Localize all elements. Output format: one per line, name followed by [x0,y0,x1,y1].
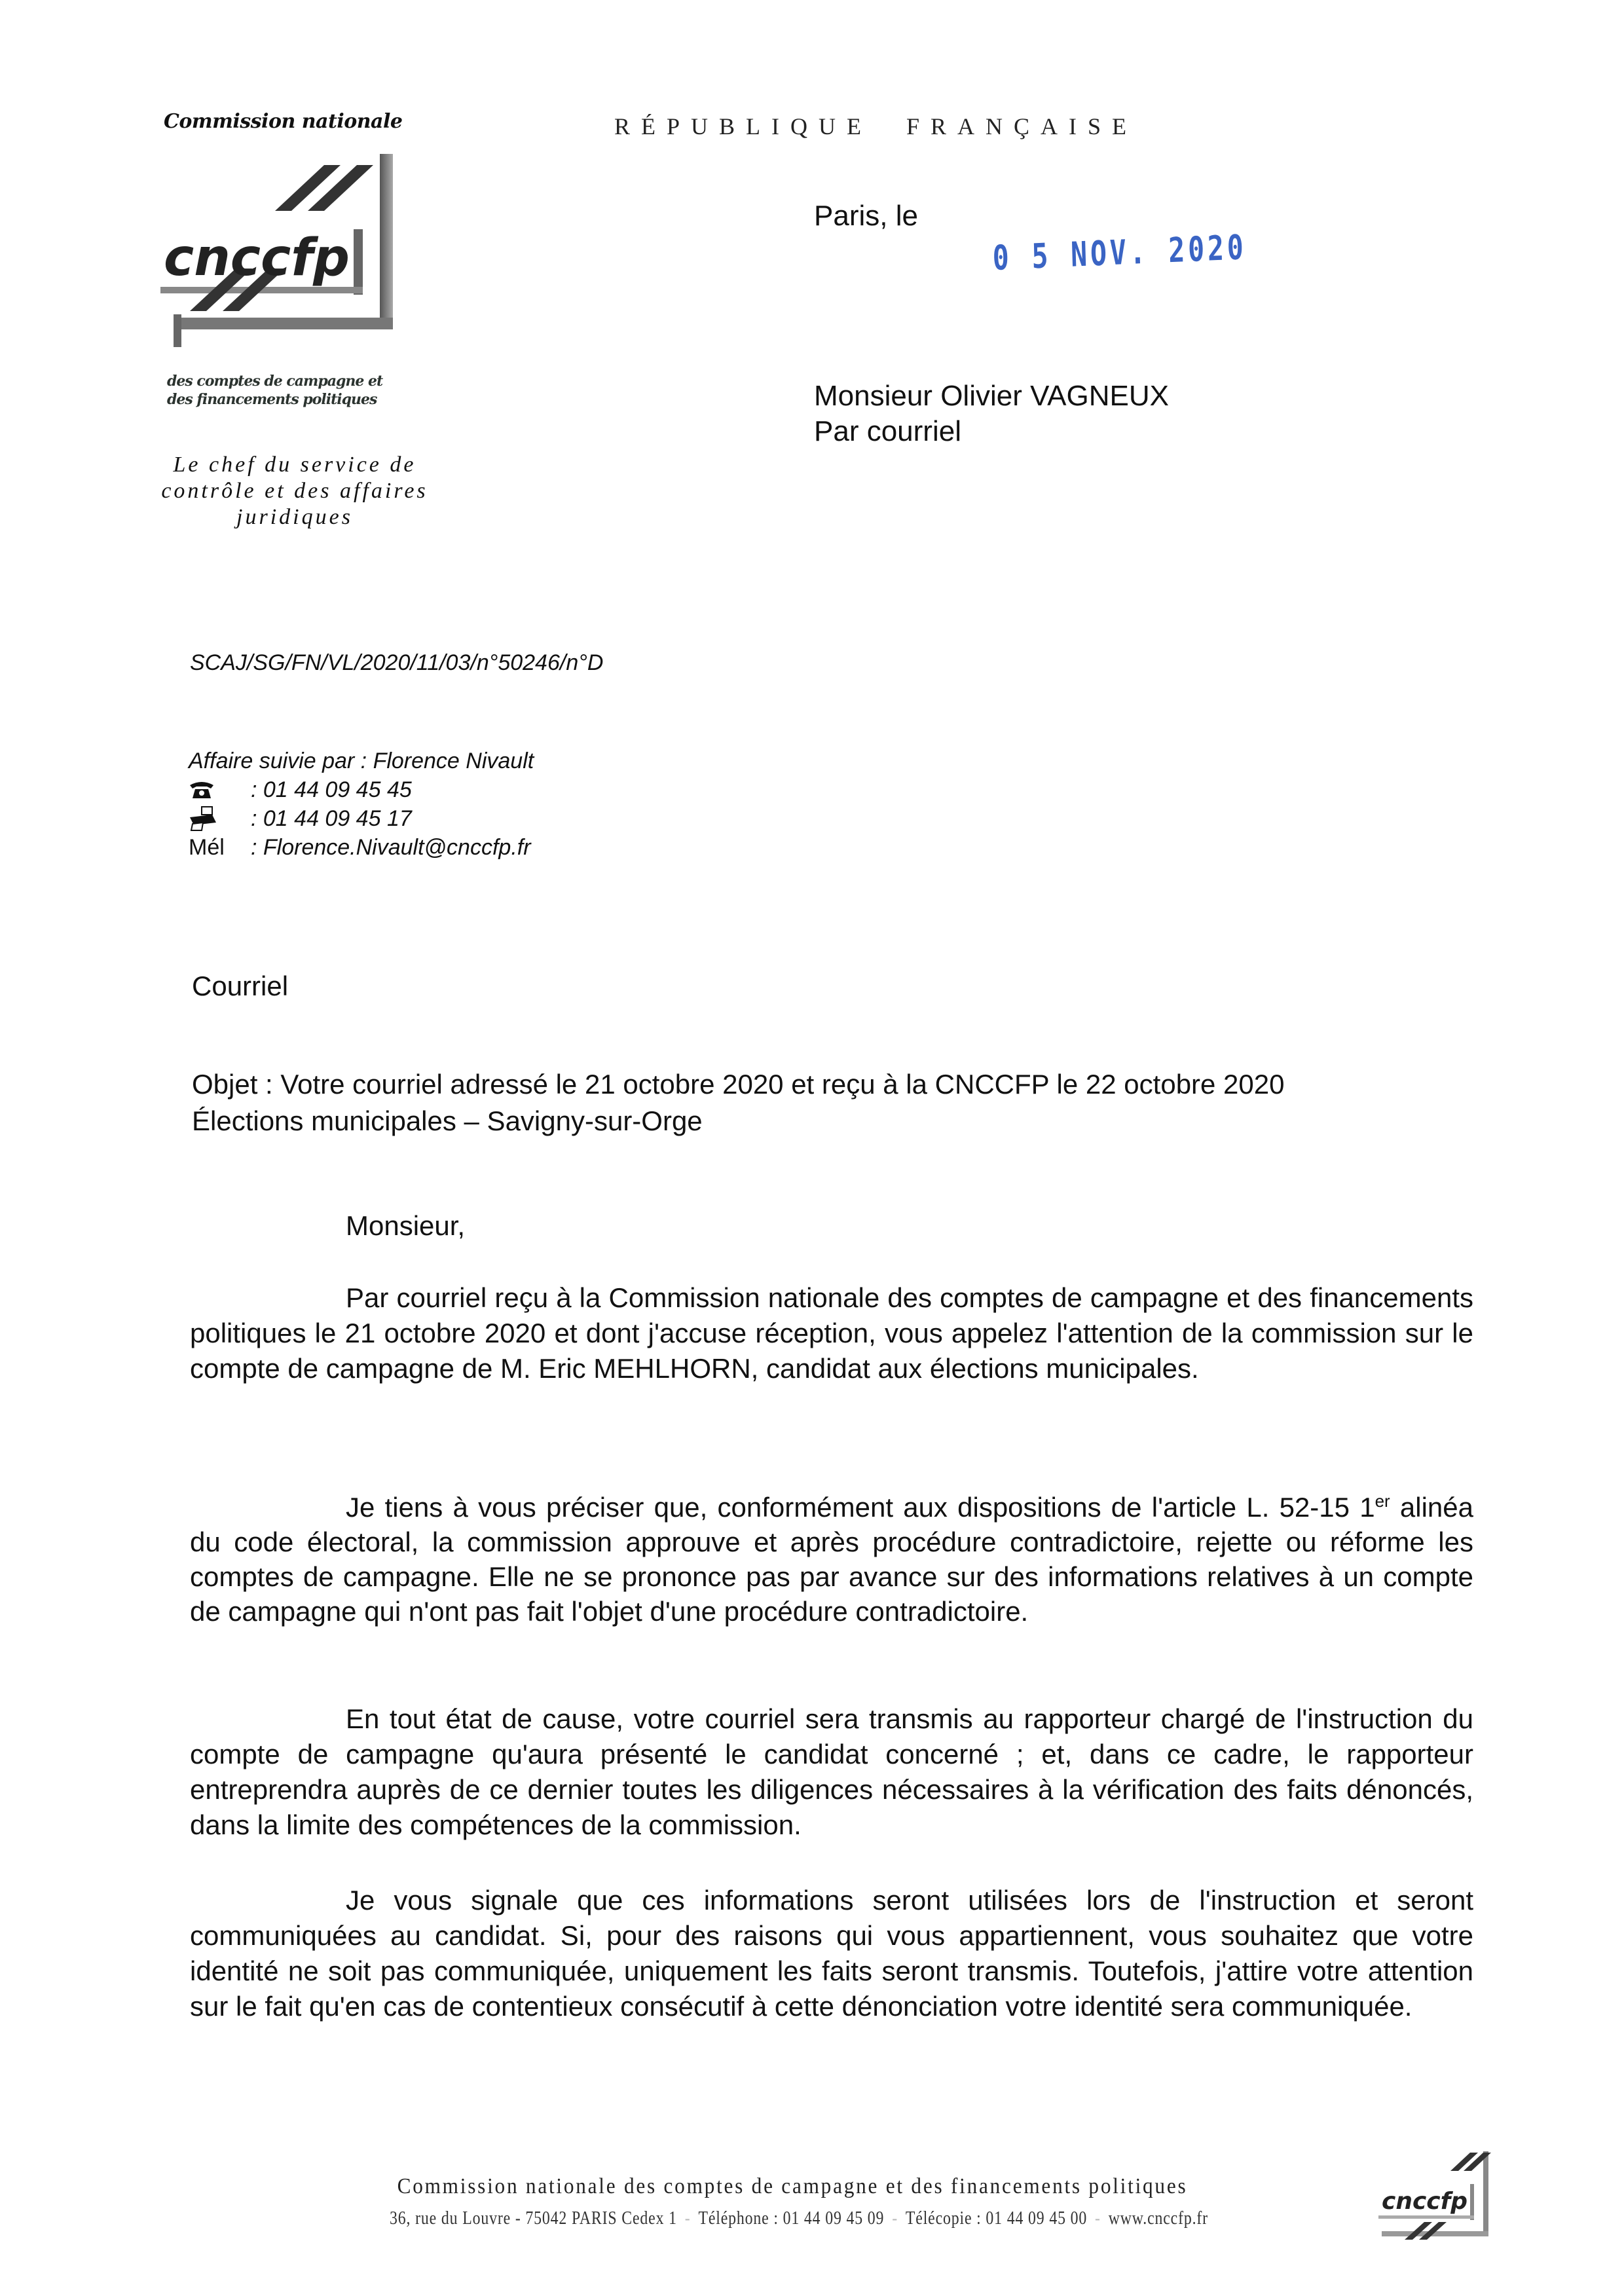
logo-subtitle-line: des comptes de campagne et [167,372,382,390]
subject-line-2: Élections municipales – Savigny-sur-Orge [192,1103,1502,1139]
reference-number: SCAJ/SG/FN/VL/2020/11/03/n°50246/n°D [190,650,603,676]
recipient-delivery: Par courriel [814,414,1169,449]
footer-website[interactable]: www.cnccfp.fr [1109,2208,1208,2229]
email-row: Mél : Florence.Nivault@cnccfp.fr [189,833,534,862]
email-address[interactable]: : Florence.Nivault@cnccfp.fr [251,833,531,862]
telephone-icon [189,780,251,800]
body-paragraph: Par courriel reçu à la Commission nation… [190,1280,1473,1386]
body-paragraph: Je vous signale que ces informations ser… [190,1883,1473,2024]
footer-logo-text: cnccfp [1382,2188,1467,2215]
service-name: Le chef du service de contrôle et des af… [131,452,458,530]
footer-title: Commission nationale des comptes de camp… [310,2174,1274,2199]
phone-number: : 01 44 09 45 45 [251,775,412,804]
fax-number: : 01 44 09 45 17 [251,804,412,833]
salutation: Monsieur, [346,1210,465,1242]
body-paragraph: En tout état de cause, votre courriel se… [190,1701,1473,1843]
service-line: contrôle et des affaires [131,478,458,504]
paragraph-text: Je tiens à vous préciser que, conforméme… [346,1492,1375,1523]
email-label: Mél [189,833,251,862]
footer-telecopie: Télécopie : 01 44 09 45 00 [906,2208,1087,2229]
fax-icon [189,805,251,832]
date-stamp: 0 5 NOV. 2020 [992,228,1247,278]
logo-commission-text: Commission nationale [164,110,402,133]
republique-francaise-header: RÉPUBLIQUE FRANÇAISE [614,113,1137,140]
service-line: Le chef du service de [131,452,458,478]
subject-line: Objet : Votre courriel adressé le 21 oct… [192,1066,1502,1103]
delivery-mode: Courriel [192,971,288,1002]
footer-cnccfp-logo: cnccfp [1372,2138,1496,2243]
footer-address: 36, rue du Louvre - 75042 PARIS Cedex 1 [390,2208,677,2229]
recipient-name: Monsieur Olivier VAGNEUX [814,379,1169,414]
footer-contact-line: 36, rue du Louvre - 75042 PARIS Cedex 1-… [326,2208,1272,2229]
logo-subtitle: des comptes de campagne et des financeme… [167,372,382,409]
superscript: er [1375,1491,1390,1511]
subject-block: Objet : Votre courriel adressé le 21 oct… [192,1066,1502,1139]
phone-row: : 01 44 09 45 45 [189,775,534,804]
body-paragraph: Je tiens à vous préciser que, conforméme… [190,1490,1473,1629]
place-date-label: Paris, le [814,200,918,232]
service-line: juridiques [131,504,458,530]
cnccfp-logo: cnccfp [160,138,403,360]
logo-mark-text: cnccfp [164,229,350,287]
followed-by: Affaire suivie par : Florence Nivault [189,747,534,775]
fax-row: : 01 44 09 45 17 [189,804,534,833]
footer-telephone: Téléphone : 01 44 09 45 09 [698,2208,884,2229]
logo-subtitle-line: des financements politiques [167,390,382,409]
contact-block: Affaire suivie par : Florence Nivault : … [189,747,534,862]
recipient-block: Monsieur Olivier VAGNEUX Par courriel [814,379,1169,449]
